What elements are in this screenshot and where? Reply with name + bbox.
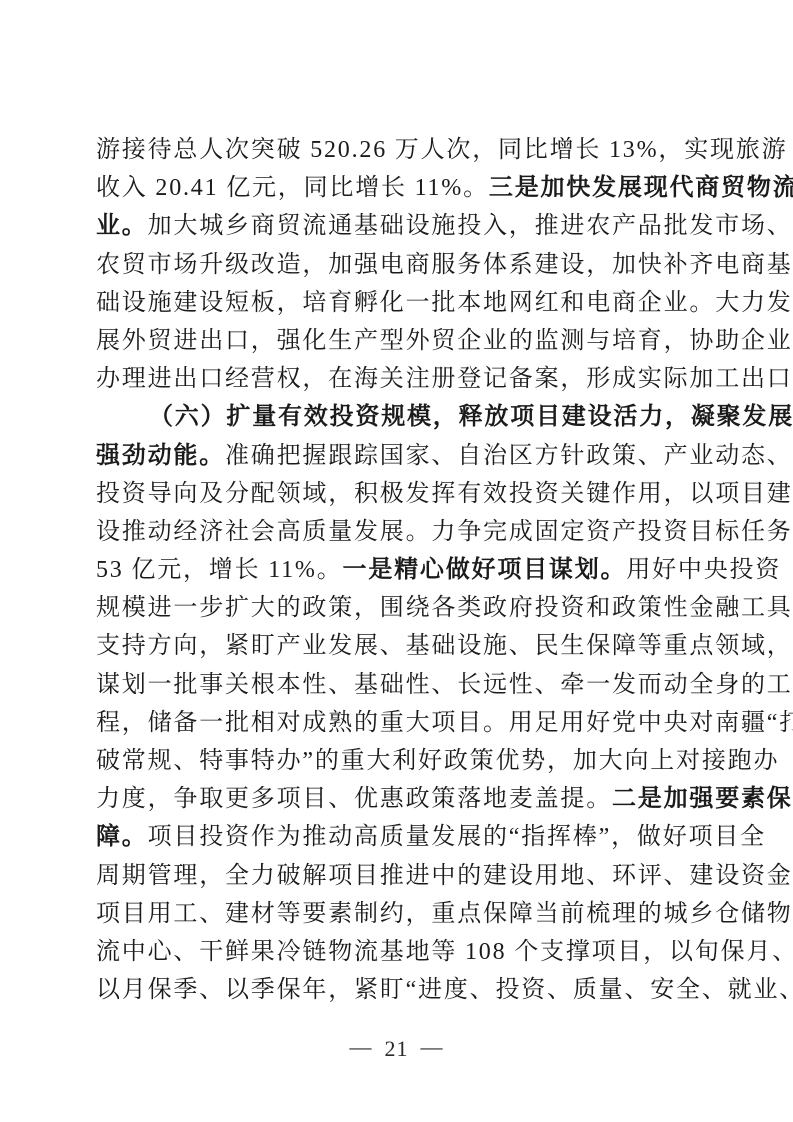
text-line: 农贸市场升级改造，加强电商服务体系建设，加快补齐电商基 xyxy=(96,246,780,284)
body-text: 支持方向，紧盯产业发展、基础设施、民生保障等重点领域， xyxy=(96,633,793,659)
body-text: 项目用工、建材等要素制约，重点保障当前梳理的城乡仓储物 xyxy=(96,901,793,927)
body-text: 准确把握跟踪国家、自治区方针政策、产业动态、 xyxy=(225,443,793,469)
body-text: 以月保季、以季保年，紧盯“进度、投资、质量、安全、就业、 xyxy=(96,977,793,1003)
body-text: 程，储备一批相对成熟的重大项目。用足用好党中央对南疆“打 xyxy=(96,710,793,736)
text-line: 业。加大城乡商贸流通基础设施投入，推进农产品批发市场、 xyxy=(96,207,780,245)
body-text: 农贸市场升级改造，加强电商服务体系建设，加快补齐电商基 xyxy=(96,252,793,278)
body-text: 用好中央投资 xyxy=(626,557,781,583)
text-line: 投资导向及分配领域，积极发挥有效投资关键作用，以项目建 xyxy=(96,475,780,513)
text-line: （六）扩量有效投资规模，释放项目建设活力，凝聚发展 xyxy=(96,398,780,436)
text-line: 展外贸进出口，强化生产型外贸企业的监测与培育，协助企业 xyxy=(96,322,780,360)
document-body: 游接待总人次突破 520.26 万人次，同比增长 13%，实现旅游收入 20.4… xyxy=(96,131,780,1009)
text-line: 程，储备一批相对成熟的重大项目。用足用好党中央对南疆“打 xyxy=(96,704,780,742)
body-text: 游接待总人次突破 520.26 万人次，同比增长 13%，实现旅游 xyxy=(96,137,787,163)
footer-dash-right: — xyxy=(421,1034,444,1060)
body-text: 谋划一批事关根本性、基础性、长远性、牵一发而动全身的工 xyxy=(96,672,793,698)
text-line: 设推动经济社会高质量发展。力争完成固定资产投资目标任务 xyxy=(96,513,780,551)
body-text: 流中心、干鲜果冷链物流基地等 108 个支撑项目，以旬保月、 xyxy=(96,939,793,965)
body-text: 办理进出口经营权，在海关注册登记备案，形成实际加工出口。 xyxy=(96,366,793,392)
body-text: 收入 20.41 亿元，同比增长 11%。 xyxy=(96,175,489,201)
text-line: 周期管理，全力破解项目推进中的建设用地、环评、建设资金、 xyxy=(96,857,780,895)
body-text: 规模进一步扩大的政策，围绕各类政府投资和政策性金融工具 xyxy=(96,595,793,621)
text-line: 破常规、特事特办”的重大利好政策优势，加大向上对接跑办 xyxy=(96,742,780,780)
text-line: 规模进一步扩大的政策，围绕各类政府投资和政策性金融工具 xyxy=(96,589,780,627)
text-line: 游接待总人次突破 520.26 万人次，同比增长 13%，实现旅游 xyxy=(96,131,780,169)
text-line: 收入 20.41 亿元，同比增长 11%。三是加快发展现代商贸物流 xyxy=(96,169,780,207)
body-text: 项目投资作为推动高质量发展的“指挥棒”，做好项目全 xyxy=(148,824,766,850)
page-footer: —21— xyxy=(0,1036,793,1062)
body-text: 投资导向及分配领域，积极发挥有效投资关键作用，以项目建 xyxy=(96,481,793,507)
bold-text: （六）扩量有效投资规模，释放项目建设活力，凝聚发展 xyxy=(149,404,793,430)
body-text: 加大城乡商贸流通基础设施投入，推进农产品批发市场、 xyxy=(148,213,793,239)
body-text: 力度，争取更多项目、优惠政策落地麦盖提。 xyxy=(96,786,612,812)
text-line: 础设施建设短板，培育孵化一批本地网红和电商企业。大力发 xyxy=(96,284,780,322)
text-line: 谋划一批事关根本性、基础性、长远性、牵一发而动全身的工 xyxy=(96,666,780,704)
bold-text: 强劲动能。 xyxy=(96,443,225,469)
body-text: 53 亿元，增长 11%。 xyxy=(96,557,343,583)
body-text: 周期管理，全力破解项目推进中的建设用地、环评、建设资金、 xyxy=(96,863,793,889)
bold-text: 二是加强要素保 xyxy=(612,786,793,812)
text-line: 流中心、干鲜果冷链物流基地等 108 个支撑项目，以旬保月、 xyxy=(96,933,780,971)
body-text: 础设施建设短板，培育孵化一批本地网红和电商企业。大力发 xyxy=(96,290,793,316)
text-line: 以月保季、以季保年，紧盯“进度、投资、质量、安全、就业、 xyxy=(96,971,780,1009)
text-line: 项目用工、建材等要素制约，重点保障当前梳理的城乡仓储物 xyxy=(96,895,780,933)
text-line: 障。项目投资作为推动高质量发展的“指挥棒”，做好项目全 xyxy=(96,818,780,856)
bold-text: 一是精心做好项目谋划。 xyxy=(343,557,627,583)
body-text: 设推动经济社会高质量发展。力争完成固定资产投资目标任务 xyxy=(96,519,793,545)
text-line: 支持方向，紧盯产业发展、基础设施、民生保障等重点领域， xyxy=(96,627,780,665)
bold-text: 三是加快发展现代商贸物流 xyxy=(489,175,793,201)
text-line: 办理进出口经营权，在海关注册登记备案，形成实际加工出口。 xyxy=(96,360,780,398)
bold-text: 障。 xyxy=(96,824,148,850)
document-page: 游接待总人次突破 520.26 万人次，同比增长 13%，实现旅游收入 20.4… xyxy=(0,0,793,1122)
page-number: 21 xyxy=(385,1036,409,1062)
footer-dash-left: — xyxy=(350,1034,373,1060)
bold-text: 业。 xyxy=(96,213,148,239)
body-text: 破常规、特事特办”的重大利好政策优势，加大向上对接跑办 xyxy=(96,748,779,774)
text-line: 力度，争取更多项目、优惠政策落地麦盖提。二是加强要素保 xyxy=(96,780,780,818)
body-text: 展外贸进出口，强化生产型外贸企业的监测与培育，协助企业 xyxy=(96,328,793,354)
text-line: 强劲动能。准确把握跟踪国家、自治区方针政策、产业动态、 xyxy=(96,437,780,475)
text-line: 53 亿元，增长 11%。一是精心做好项目谋划。用好中央投资 xyxy=(96,551,780,589)
